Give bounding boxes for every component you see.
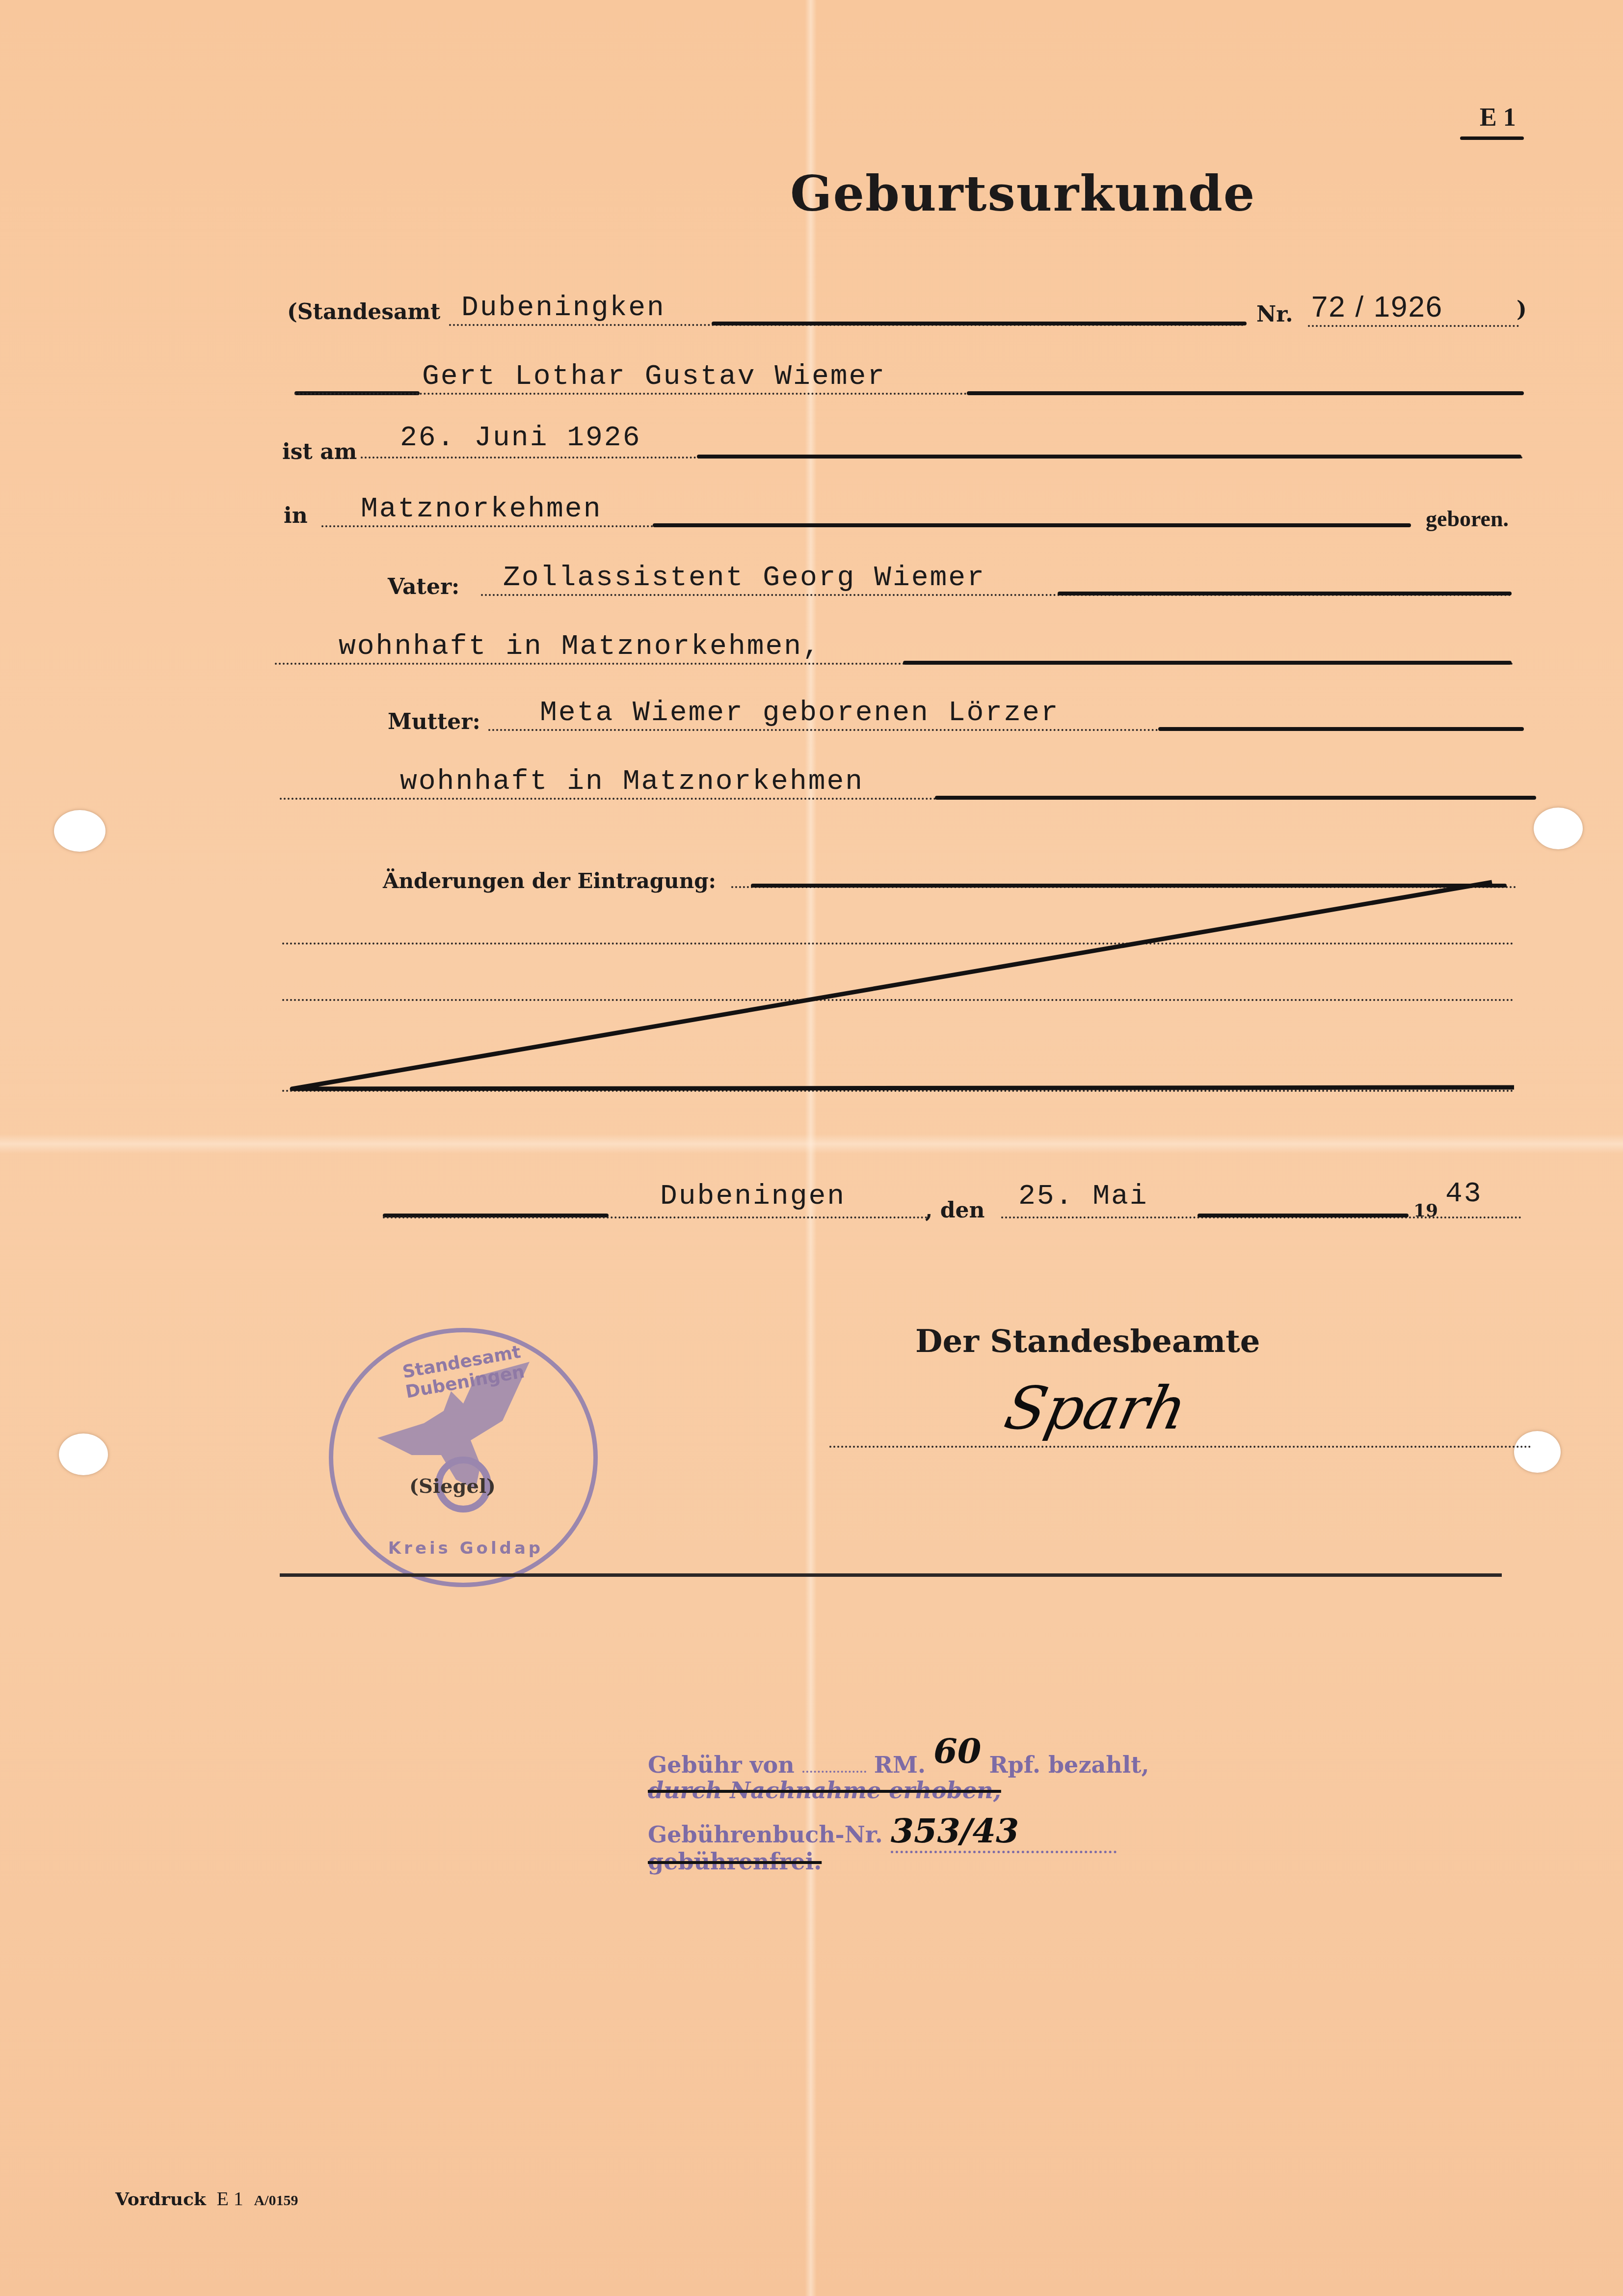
issue-place: Dubeningen (660, 1181, 846, 1213)
issue-den-label: , den (925, 1198, 984, 1223)
issue-date: 25. Mai (1018, 1181, 1148, 1213)
registrar-title: Der Standesbeamte (915, 1323, 1260, 1360)
fee-stamp: Gebühr von RM. 60 Rpf. bezahlt, durch Na… (648, 1738, 1163, 1885)
issue-century: 19 (1413, 1200, 1438, 1221)
issue-year: 43 (1445, 1178, 1483, 1210)
signature-line (829, 1446, 1531, 1448)
fee-book-value: 353/43 (891, 1811, 1117, 1853)
fee-book-label: Gebührenbuch-Nr. (648, 1821, 883, 1848)
issue-line-right (1197, 1214, 1409, 1217)
fee-line-4-struck: gebührenfrei. (648, 1848, 822, 1875)
fee-currency: RM. (874, 1752, 926, 1778)
fee-prefix: Gebühr von (648, 1752, 795, 1778)
fee-line-2-struck: durch Nachnahme erhoben, (648, 1777, 1001, 1804)
fee-line-1: Gebühr von RM. 60 Rpf. bezahlt, (648, 1740, 1149, 1781)
registrar-signature: Sparh (999, 1375, 1193, 1443)
seal-bottom-text: Kreis Goldap (372, 1539, 559, 1558)
fee-amount: 60 (933, 1730, 981, 1771)
issue-place-line (383, 1216, 928, 1218)
changes-void-z-stroke (0, 0, 1623, 2296)
fee-line-3: Gebührenbuch-Nr. 353/43 (648, 1811, 1117, 1853)
form-reference-code: E 1 (216, 2188, 243, 2210)
official-seal: (Siegel) Standesamt Dubeningen Kreis Gol… (329, 1328, 598, 1587)
seal-center-label: (Siegel) (409, 1475, 496, 1498)
section-divider (280, 1573, 1502, 1577)
form-reference-prefix: Vordruck (115, 2189, 206, 2210)
fee-suffix: Rpf. bezahlt, (989, 1752, 1149, 1778)
form-reference: Vordruck E 1 A/0159 (115, 2187, 298, 2210)
fee-blank (802, 1771, 866, 1773)
form-reference-number: A/0159 (254, 2192, 298, 2209)
